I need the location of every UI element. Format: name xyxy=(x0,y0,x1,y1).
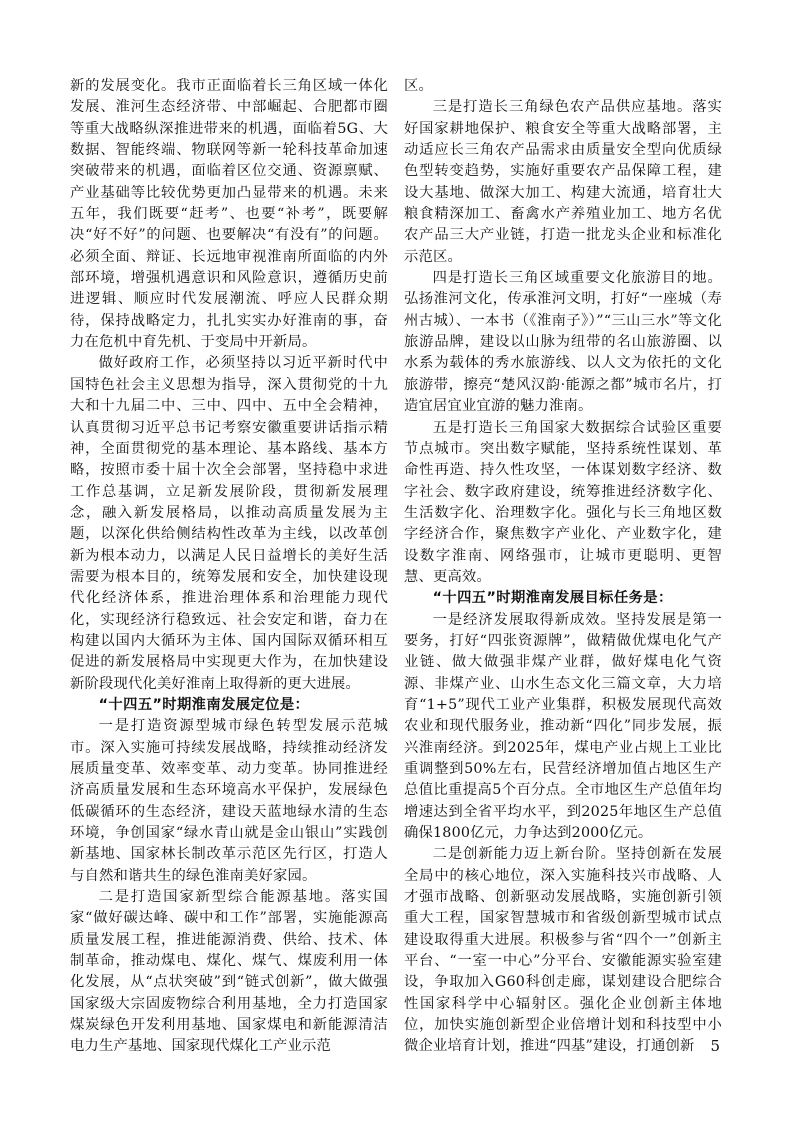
paragraph: 四是打造长三角区域重要文化旅游目的地。弘扬淮河文化，传承淮河文明，打好“一座城（… xyxy=(404,268,722,417)
page-content: 新的发展变化。我市正面临着长三角区域一体化发展、淮河生态经济带、中部崛起、合肥都… xyxy=(70,76,722,1058)
paragraph: 五是打造长三角国家大数据综合试验区重要节点城市。突出数字赋能，坚持系统性谋划、革… xyxy=(404,418,722,589)
column-right: 区。三是打造长三角绿色农产品供应基地。落实好国家耕地保护、粮食安全等重大战略部署… xyxy=(404,76,722,1058)
page-number: 5 xyxy=(710,1037,720,1055)
column-left: 新的发展变化。我市正面临着长三角区域一体化发展、淮河生态经济带、中部崛起、合肥都… xyxy=(70,76,388,1058)
section-heading: “十四五”时期淮南发展目标任务是： xyxy=(404,588,722,609)
section-heading: “十四五”时期淮南发展定位是： xyxy=(70,695,388,716)
paragraph: 做好政府工作，必须坚持以习近平新时代中国特色社会主义思想为指导，深入贯彻党的十九… xyxy=(70,353,388,695)
paragraph: 一是打造资源型城市绿色转型发展示范城市。深入实施可持续发展战略，持续推动经济发展… xyxy=(70,716,388,887)
paragraph: 三是打造长三角绿色农产品供应基地。落实好国家耕地保护、粮食安全等重大战略部署，主… xyxy=(404,97,722,268)
paragraph: 新的发展变化。我市正面临着长三角区域一体化发展、淮河生态经济带、中部崛起、合肥都… xyxy=(70,76,388,353)
document-page: 新的发展变化。我市正面临着长三角区域一体化发展、淮河生态经济带、中部崛起、合肥都… xyxy=(0,0,793,1122)
paragraph: 二是打造国家新型综合能源基地。落实国家“做好碳达峰、碳中和工作”部署，实施能源高… xyxy=(70,887,388,1058)
paragraph: 区。 xyxy=(404,76,722,97)
paragraph: 二是创新能力迈上新台阶。坚持创新在发展全局中的核心地位，深入实施科技兴市战略、人… xyxy=(404,844,722,1057)
paragraph: 一是经济发展取得新成效。坚持发展是第一要务，打好“四张资源牌”，做精做优煤电化气… xyxy=(404,610,722,845)
